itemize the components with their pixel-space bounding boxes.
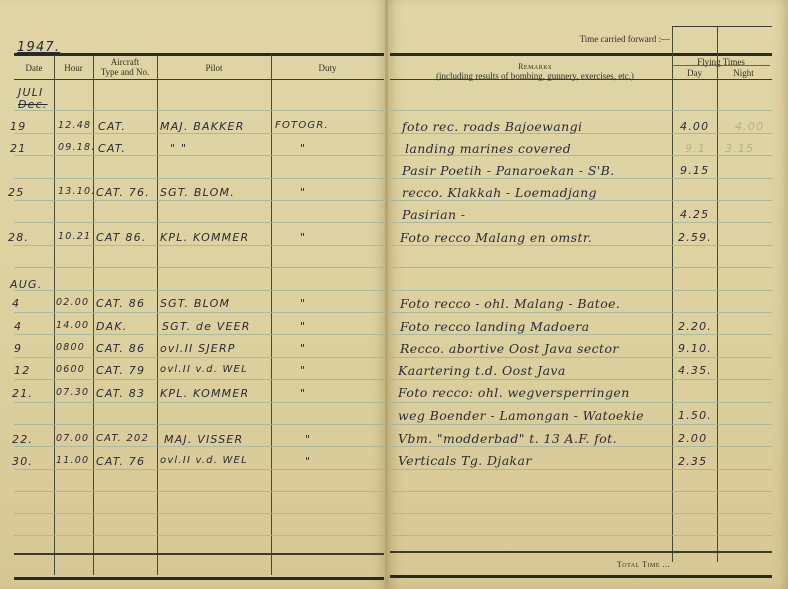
ruled-line (390, 312, 772, 313)
ruled-line (14, 513, 384, 514)
entry-date: 28. (8, 231, 29, 244)
entry-duty: " (305, 433, 311, 446)
entry-pilot: ovl.II SJERP (160, 342, 236, 355)
entry-duty: " (300, 231, 306, 244)
ruled-line (14, 200, 384, 201)
ruled-line (390, 222, 772, 223)
right-bottom-border (390, 575, 772, 578)
entry-day: 4.25 (680, 208, 709, 221)
entry-date: 21 (10, 142, 26, 155)
header-date: Date (14, 63, 54, 73)
header-duty: Duty (271, 63, 384, 73)
ruled-line (14, 424, 384, 425)
entry-hour: 07.00 (56, 433, 89, 444)
entry-aircraft: CAT. 83 (96, 387, 145, 400)
entry-hour: 13.10. (58, 186, 95, 197)
entry-duty: " (300, 342, 306, 355)
ruled-line (14, 245, 384, 246)
entry-remarks: Vbm. "modderbad" t. 13 A.F. fot. (398, 431, 617, 446)
right-total-rule (390, 551, 772, 553)
entry-remarks: Pasir Poetih - Panaroekan - S'B. (402, 163, 615, 178)
entry-remarks: Foto recco landing Madoera (400, 319, 589, 334)
entry-hour: 02.00 (56, 297, 89, 308)
ruled-line (14, 222, 384, 223)
entry-aircraft: CAT. 79 (96, 364, 145, 377)
time-carried-forward-label: Time carried forward :— (550, 34, 670, 44)
entry-duty: " (300, 320, 306, 333)
entry-aircraft: DAK. (96, 320, 128, 333)
entry-pilot: SGT. BLOM. (160, 186, 235, 199)
entry-pilot: MAJ. VISSER (164, 433, 243, 446)
ruled-line (390, 491, 772, 492)
entry-duty: " (300, 142, 306, 155)
entry-pilot: KPL. KOMMER (160, 231, 249, 244)
month-aug: AUG. (10, 278, 42, 291)
entry-remarks: Pasirian - (402, 207, 465, 222)
ruled-line (390, 469, 772, 470)
ruled-line (390, 110, 772, 111)
entry-duty: " (300, 186, 306, 199)
ruled-line (14, 155, 384, 156)
carried-forward-top (672, 26, 772, 27)
entry-pilot: ovl.II v.d. WEL (160, 455, 248, 466)
entry-day: 1.50. (678, 409, 712, 422)
left-total-rule (14, 553, 384, 555)
ruled-line (390, 267, 772, 268)
entry-remarks: recco. Klakkah - Loemadjang (402, 185, 597, 200)
entry-date: 21. (12, 387, 33, 400)
entry-pilot: MAJ. BAKKER (160, 120, 245, 133)
ruled-line (14, 446, 384, 447)
entry-remarks: Foto recco Malang en omstr. (400, 230, 592, 245)
ruled-line (14, 535, 384, 536)
entry-aircraft: CAT. 86 (96, 297, 145, 310)
ruled-line (390, 535, 772, 536)
entry-day: 4.35. (678, 364, 712, 377)
ruled-line (14, 267, 384, 268)
ruled-line (390, 334, 772, 335)
entry-remarks: weg Boender - Lamongan - Watoekie (398, 408, 644, 423)
entry-day: 2.20. (678, 320, 712, 333)
header-hour: Hour (54, 63, 93, 73)
entry-pilot: ovl.II v.d. WEL (160, 364, 248, 375)
header-flying-times: Flying Times (672, 57, 770, 67)
entry-remarks: Recco. abortive Oost Java sector (400, 341, 619, 356)
entry-aircraft: CAT. 76 (96, 455, 145, 468)
entry-hour: 12.48 (58, 120, 91, 131)
ruled-line (14, 110, 384, 111)
ruled-line (390, 357, 772, 358)
entry-aircraft: CAT. 86 (96, 342, 145, 355)
entry-date: 4 (14, 320, 22, 333)
left-top-border (14, 53, 384, 56)
entry-hour: 10.21 (58, 231, 91, 242)
ruled-line (14, 133, 384, 134)
entry-remarks: Foto recco: ohl. wegversperringen (398, 385, 630, 400)
ruled-line (390, 379, 772, 380)
entry-date: 30. (12, 455, 33, 468)
day-col-line (672, 26, 673, 562)
entry-aircraft: CAT. 202 (96, 433, 149, 444)
entry-hour: 0600 (56, 364, 85, 375)
entry-date: 9 (14, 342, 22, 355)
entry-duty: " (305, 455, 311, 468)
ruled-line (390, 290, 772, 291)
entry-remarks: landing marines covered (405, 141, 571, 156)
entry-duty: " (300, 364, 306, 377)
ruled-line (390, 513, 772, 514)
entry-day: 2.35 (678, 455, 707, 468)
entry-pilot: SGT. BLOM (160, 297, 230, 310)
ruled-line (390, 178, 772, 179)
header-pilot: Pilot (157, 63, 271, 73)
right-page (387, 0, 788, 589)
entry-night: 3.15 (725, 142, 754, 155)
left-page (0, 0, 387, 589)
ruled-line (14, 491, 384, 492)
ruled-line (14, 357, 384, 358)
header-day: Day (672, 68, 717, 78)
ruled-line (14, 178, 384, 179)
entry-date: 12 (14, 364, 30, 377)
entry-day: 9.1 (685, 142, 706, 155)
entry-date: 19 (10, 120, 26, 133)
entry-duty: FOTOGR. (275, 120, 329, 131)
entry-remarks: foto rec. roads Bajoewangi (402, 119, 582, 134)
month-dec-struck: Dec. (18, 98, 48, 111)
entry-pilot: " " (170, 142, 187, 155)
entry-aircraft: CAT. (98, 142, 126, 155)
entry-remarks: Foto recco - ohl. Malang - Batoe. (400, 296, 620, 311)
entry-hour: 0800 (56, 342, 85, 353)
entry-hour: 14.00 (56, 320, 89, 331)
entry-day: 2.59. (678, 231, 712, 244)
ruled-line (390, 200, 772, 201)
entry-hour: 09.18. (58, 142, 95, 153)
ruled-line (14, 469, 384, 470)
entry-night: 4.00 (735, 120, 764, 133)
ruled-line (14, 312, 384, 313)
ruled-line (14, 290, 384, 291)
header-remarks-sub: (including results of bombing, gunnery, … (400, 71, 670, 81)
ruled-line (390, 446, 772, 447)
ruled-line (390, 245, 772, 246)
entry-day: 9.10. (678, 342, 712, 355)
ruled-line (390, 402, 772, 403)
entry-hour: 07.30 (56, 387, 89, 398)
ruled-line (14, 379, 384, 380)
right-top-border (390, 53, 772, 56)
ruled-line (14, 402, 384, 403)
entry-pilot: KPL. KOMMER (160, 387, 249, 400)
entry-date: 4 (12, 297, 20, 310)
entry-date: 22. (12, 433, 33, 446)
entry-remarks: Verticals Tg. Djakar (398, 453, 532, 468)
entry-pilot: SGT. de VEER (162, 320, 251, 333)
entry-duty: " (300, 387, 306, 400)
entry-aircraft: CAT 86. (96, 231, 147, 244)
left-header-rule (14, 79, 384, 80)
book-gutter (385, 0, 388, 589)
entry-aircraft: CAT. 76. (96, 186, 150, 199)
total-time-label: Total Time ... (580, 560, 670, 570)
entry-aircraft: CAT. (98, 120, 126, 133)
entry-remarks: Kaartering t.d. Oost Java (398, 363, 566, 378)
entry-date: 25 (8, 186, 24, 199)
left-bottom-border (14, 577, 384, 580)
entry-duty: " (300, 297, 306, 310)
entry-day: 2.00 (678, 432, 707, 445)
entry-hour: 11.00 (56, 455, 89, 466)
ruled-line (14, 334, 384, 335)
header-aircraft-line2: Type and No. (93, 67, 157, 77)
ruled-line (390, 424, 772, 425)
header-night: Night (717, 68, 770, 78)
entry-day: 4.00 (680, 120, 709, 133)
header-aircraft-line1: Aircraft (93, 57, 157, 67)
night-col-line (717, 26, 718, 562)
entry-day: 9.15 (680, 164, 709, 177)
